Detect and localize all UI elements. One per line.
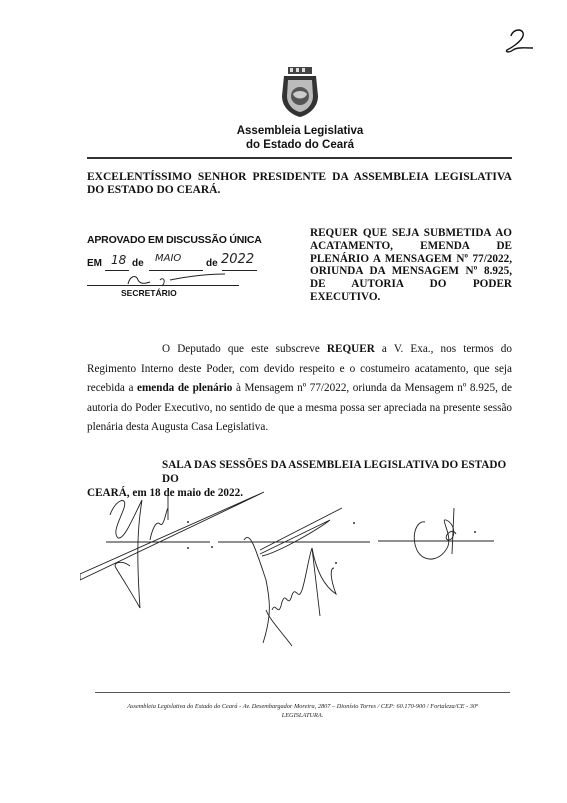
- page-number-handwritten: [503, 26, 543, 56]
- body-paragraph: O Deputado que este subscreve REQUER a V…: [87, 340, 512, 438]
- approval-day: 18: [111, 253, 126, 267]
- footer-line-1: Assembleia Legislativa do Estado do Cear…: [95, 702, 510, 711]
- addressee: EXCELENTÍSSIMO SENHOR PRESIDENTE DA ASSE…: [87, 171, 512, 197]
- signature-1: [80, 490, 264, 608]
- signature-2: [244, 508, 342, 646]
- ceara-coat-of-arms-icon: [278, 66, 322, 118]
- approval-year: 2022: [221, 252, 254, 267]
- em-label: EM: [87, 258, 102, 269]
- org-line-2: do Estado do Ceará: [200, 138, 400, 152]
- request-summary: REQUER QUE SEJA SUBMETIDA AO ACATAMENTO,…: [310, 227, 512, 304]
- org-line-1: Assembleia Legislativa: [200, 124, 400, 138]
- footer-line-2: LEGISLATURA.: [95, 711, 510, 720]
- secretary-label: SECRETÁRIO: [121, 288, 177, 298]
- signature-3: [414, 508, 456, 559]
- de-label-1: de: [132, 258, 144, 269]
- footer-address: Assembleia Legislativa do Estado do Cear…: [95, 702, 510, 720]
- header-divider: [87, 157, 512, 159]
- approval-stamp-title: APROVADO EM DISCUSSÃO ÚNICA: [87, 234, 262, 246]
- closing-line-1: SALA DAS SESSÕES DA ASSEMBLEIA LEGISLATI…: [87, 458, 512, 486]
- secretary-signature-line: [87, 285, 239, 286]
- approval-date-line: EM 18 de MAIO de 2022: [87, 256, 262, 272]
- approval-month: MAIO: [155, 253, 181, 264]
- signatures-area: [80, 490, 530, 670]
- de-label-2: de: [206, 258, 218, 269]
- organization-name: Assembleia Legislativa do Estado do Cear…: [200, 124, 400, 152]
- footer-divider: [95, 692, 510, 693]
